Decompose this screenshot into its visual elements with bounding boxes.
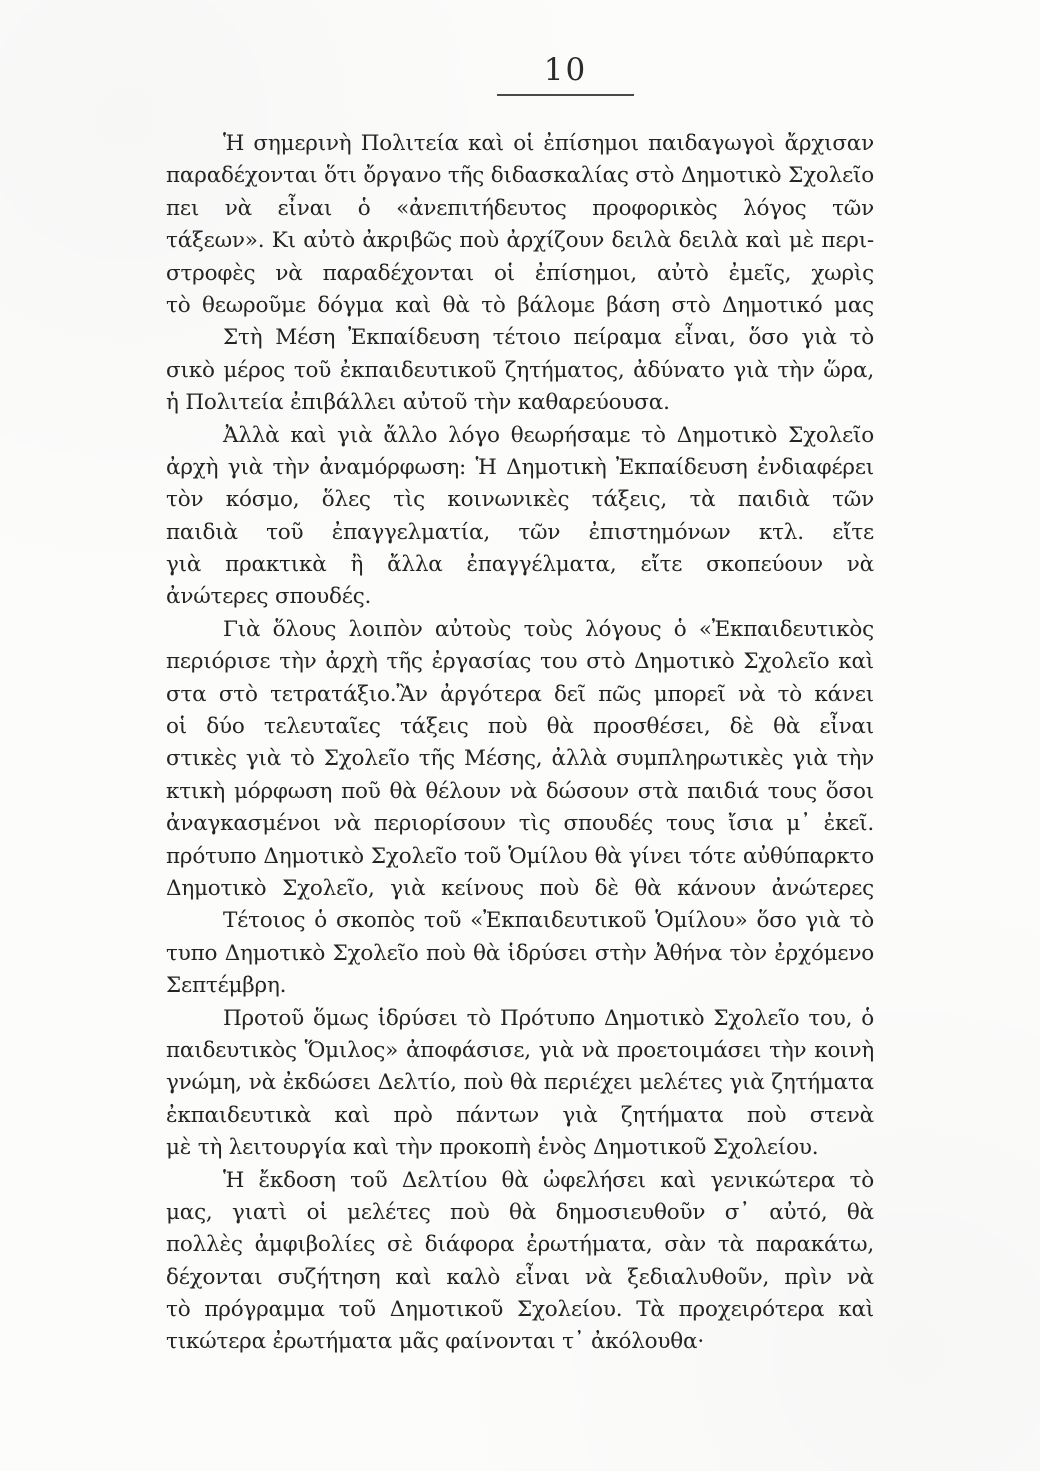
text-line: Ἡ σημερινὴ Πολιτεία καὶ οἱ ἐπίσημοι παιδ… <box>166 128 874 160</box>
text-line: Προτοῦ ὅμως ἱδρύσει τὸ Πρότυπο Δημοτικὸ … <box>166 1003 874 1035</box>
page-header: 10 <box>497 52 634 96</box>
text-line: τυπο Δημοτικὸ Σχολεῖο ποὺ θὰ ἱδρύσει στὴ… <box>166 938 874 970</box>
scanned-page: 10 Ἡ σημερινὴ Πολιτεία καὶ οἱ ἐπίσημοι π… <box>0 0 1040 1471</box>
paragraph: Ἡ σημερινὴ Πολιτεία καὶ οἱ ἐπίσημοι παιδ… <box>166 128 874 322</box>
text-line: γιὰ πρακτικὰ ἢ ἄλλα ἐπαγγέλματα, εἴτε σκ… <box>166 549 874 581</box>
page-number: 10 <box>497 52 634 88</box>
text-line: στικὲς γιὰ τὸ Σχολεῖο τῆς Μέσης, ἀλλὰ συ… <box>166 743 874 775</box>
text-line: Ἡ ἔκδοση τοῦ Δελτίου θὰ ὠφελήσει καὶ γεν… <box>166 1165 874 1197</box>
paragraph: Στὴ Μέση Ἐκπαίδευση τέτοιο πείραμα εἶναι… <box>166 322 874 419</box>
text-line: οἱ δύο τελευταῖες τάξεις ποὺ θὰ προσθέσε… <box>166 711 874 743</box>
paragraph: Γιὰ ὅλους λοιπὸν αὐτοὺς τοὺς λόγους ὁ «Ἐ… <box>166 614 874 906</box>
text-line: στροφὲς νὰ παραδέχονται οἱ ἐπίσημοι, αὐτ… <box>166 258 874 290</box>
text-line: περιόρισε τὴν ἀρχὴ τῆς ἐργασίας του στὸ … <box>166 646 874 678</box>
text-line: Σεπτέμβρη. <box>166 970 874 1002</box>
text-line: ἐκπαιδευτικὰ καὶ πρὸ πάντων γιὰ ζητήματα… <box>166 1100 874 1132</box>
text-line: σικὸ μέρος τοῦ ἐκπαιδευτικοῦ ζητήματος, … <box>166 355 874 387</box>
text-line: Δημοτικὸ Σχολεῖο, γιὰ κείνους ποὺ δὲ θὰ … <box>166 873 874 905</box>
text-line: Ἀλλὰ καὶ γιὰ ἄλλο λόγο θεωρήσαμε τὸ Δημο… <box>166 420 874 452</box>
page-number-rule <box>497 94 634 96</box>
text-line: μὲ τὴ λειτουργία καὶ τὴν προκοπὴ ἑνὸς Δη… <box>166 1132 874 1164</box>
text-line: τὸ πρόγραμμα τοῦ Δημοτικοῦ Σχολείου. Τὰ … <box>166 1294 874 1326</box>
text-line: πει νὰ εἶναι ὁ «ἀνεπιτήδευτος προφορικὸς… <box>166 193 874 225</box>
text-line: ἀρχὴ γιὰ τὴν ἀναμόρφωση: Ἡ Δημοτικὴ Ἐκπα… <box>166 452 874 484</box>
text-line: γνώμη, νὰ ἐκδώσει Δελτίο, ποὺ θὰ περιέχε… <box>166 1067 874 1099</box>
text-line: ἡ Πολιτεία ἐπιβάλλει αὐτοῦ τὴν καθαρεύου… <box>166 387 874 419</box>
text-line: τὸ θεωροῦμε δόγμα καὶ θὰ τὸ βάλομε βάση … <box>166 290 874 322</box>
text-line: κτικὴ μόρφωση ποῦ θὰ θέλουν νὰ δώσουν στ… <box>166 776 874 808</box>
text-line: τὸν κόσμο, ὅλες τὶς κοινωνικὲς τάξεις, τ… <box>166 484 874 516</box>
paragraph: Προτοῦ ὅμως ἱδρύσει τὸ Πρότυπο Δημοτικὸ … <box>166 1003 874 1165</box>
paragraph: Ἀλλὰ καὶ γιὰ ἄλλο λόγο θεωρήσαμε τὸ Δημο… <box>166 420 874 614</box>
text-line: στα στὸ τετρατάξιο.Ἂν ἀργότερα δεῖ πῶς μ… <box>166 679 874 711</box>
paragraph: Ἡ ἔκδοση τοῦ Δελτίου θὰ ὠφελήσει καὶ γεν… <box>166 1165 874 1359</box>
text-line: μας, γιατὶ οἱ μελέτες ποὺ θὰ δημοσιευθοῦ… <box>166 1197 874 1229</box>
text-line: πρότυπο Δημοτικὸ Σχολεῖο τοῦ Ὁμίλου θὰ γ… <box>166 841 874 873</box>
paragraph: Τέτοιος ὁ σκοπὸς τοῦ «Ἐκπαιδευτικοῦ Ὁμίλ… <box>166 905 874 1002</box>
text-line: τικώτερα ἐρωτήματα μᾶς φαίνονται τ᾽ ἀκόλ… <box>166 1326 874 1358</box>
text-line: Γιὰ ὅλους λοιπὸν αὐτοὺς τοὺς λόγους ὁ «Ἐ… <box>166 614 874 646</box>
text-line: παραδέχονται ὅτι ὄργανο τῆς διδασκαλίας … <box>166 160 874 192</box>
body-text: Ἡ σημερινὴ Πολιτεία καὶ οἱ ἐπίσημοι παιδ… <box>166 128 874 1359</box>
text-line: ἀναγκασμένοι νὰ περιορίσουν τὶς σπουδές … <box>166 808 874 840</box>
text-line: πολλὲς ἀμφιβολίες σὲ διάφορα ἐρωτήματα, … <box>166 1229 874 1261</box>
text-line: ἀνώτερες σπουδές. <box>166 581 874 613</box>
text-line: Τέτοιος ὁ σκοπὸς τοῦ «Ἐκπαιδευτικοῦ Ὁμίλ… <box>166 905 874 937</box>
text-line: παιδευτικὸς Ὅμιλος» ἀποφάσισε, γιὰ νὰ πρ… <box>166 1035 874 1067</box>
text-line: τάξεων». Κι αὐτὸ ἀκριβῶς ποὺ ἀρχίζουν δε… <box>166 225 874 257</box>
text-line: παιδιὰ τοῦ ἐπαγγελματία, τῶν ἐπιστημόνων… <box>166 517 874 549</box>
text-line: Στὴ Μέση Ἐκπαίδευση τέτοιο πείραμα εἶναι… <box>166 322 874 354</box>
text-line: δέχονται συζήτηση καὶ καλὸ εἶναι νὰ ξεδι… <box>166 1262 874 1294</box>
